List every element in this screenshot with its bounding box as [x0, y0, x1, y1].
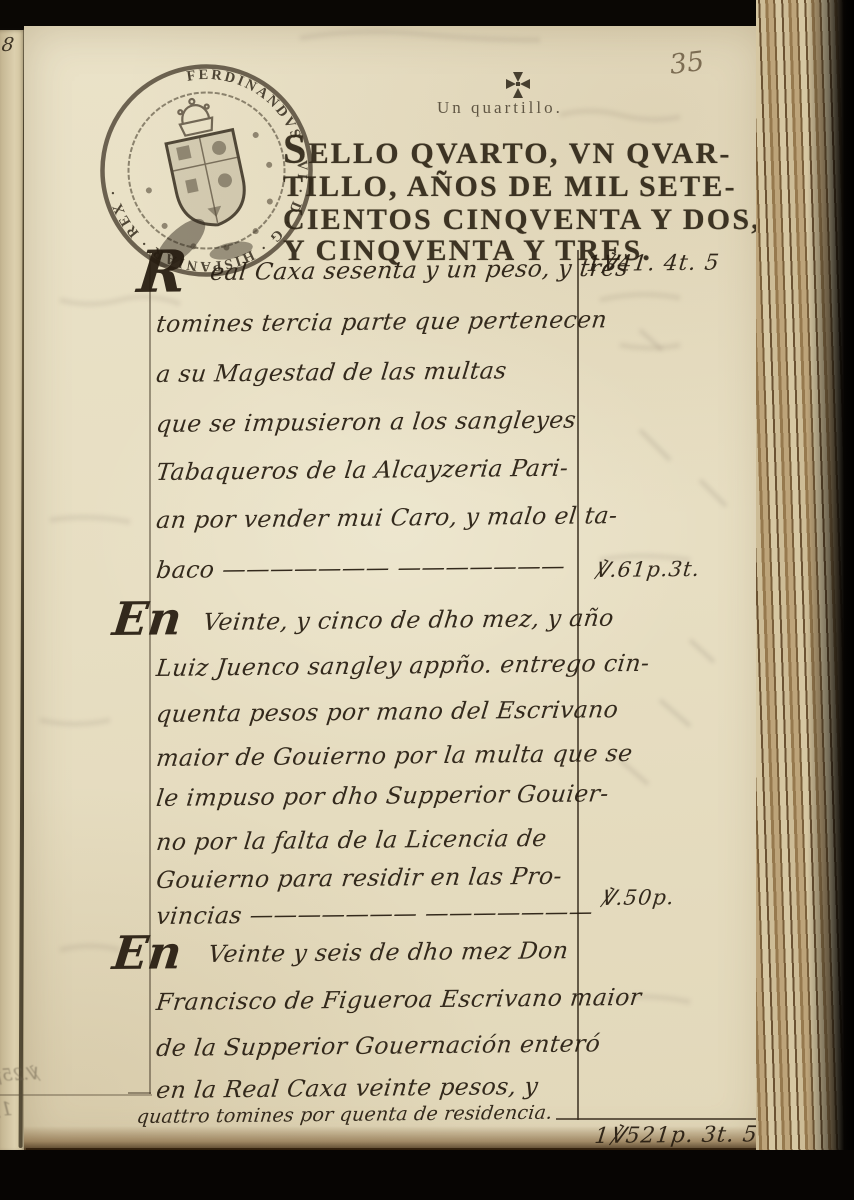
entry3-initial: En — [110, 925, 185, 980]
entry1-line: a su Magestad de las multas — [155, 356, 508, 388]
entry2-initial: En — [110, 591, 185, 646]
printed-title-line-3: CIENTOS CINQVENTA Y DOS, — [283, 203, 761, 236]
entry2-line: maior de Gouierno por la multa que se — [155, 739, 634, 772]
seal-coat-of-arms — [166, 130, 251, 232]
entry3-line: quattro tomines por quenta de residencia… — [136, 1102, 554, 1128]
manuscript-scan: FERDINANDVS · VI · D · G · HISPANIAR · R… — [0, 0, 854, 1200]
carried-amount: 1℣41. 4t. 5 — [585, 251, 721, 277]
entry1-line: tomines tercia parte que pertenecen — [155, 305, 609, 338]
entry1-initial: R — [134, 237, 190, 306]
left-edge-number: 8 — [1, 34, 16, 56]
entry1-line: Tabaqueros de la Alcayzeria Pari- — [155, 454, 570, 486]
bleedthrough-rule — [0, 1094, 152, 1096]
entry2-line: quenta pesos por mano del Escrivano — [155, 695, 620, 728]
printed-title-line-1: SELLO QVARTO, VN QVAR- — [283, 134, 732, 170]
entry3-line: Francisco de Figueroa Escrivano maior — [155, 983, 643, 1016]
entry2-line: Veinte, y cinco de dho mez, y año — [202, 604, 616, 636]
entry1-amount: ℣.61p.3t. — [593, 557, 701, 582]
entry2-line: le impuso por dho Supperior Gouier- — [155, 779, 610, 812]
entry2-line: vincias ——————— ——————— — [155, 897, 595, 930]
page-total-amount: 1℣521p. 3t. 5 — [593, 1122, 759, 1149]
entry2-line: Gouierno para residir en las Pro- — [155, 862, 564, 894]
entry1-line: baco ——————— ——————— — [155, 552, 567, 584]
sum-bracket-rule — [556, 1118, 766, 1120]
printed-title-line-2: TILLO, AÑOS DE MIL SETE- — [283, 170, 737, 203]
folio-number: 35 — [668, 46, 706, 81]
seal-crown — [175, 96, 214, 137]
bleedthrough-amount-1: ℣.25p. — [0, 1064, 41, 1087]
entry2-line: no por la falta de la Licencia de — [155, 824, 548, 856]
page-stack-edges — [756, 0, 854, 1200]
entry1-line: eal Caxa sesenta y un peso, y tres — [209, 254, 630, 286]
photo-dark-top-edge — [0, 0, 854, 28]
entry3-line: de la Supperior Gouernación enteró — [155, 1029, 602, 1062]
entry1-line: an por vender mui Caro, y malo el ta- — [155, 501, 619, 534]
entry2-amount: ℣.50p. — [599, 885, 676, 910]
maltese-cross-icon — [506, 72, 530, 98]
tax-note: Un quartillo. — [437, 98, 563, 118]
entry2-line: Luiz Juenco sangley appño. entrego cin- — [155, 649, 651, 682]
photo-dark-bottom-edge — [0, 1150, 854, 1200]
entry3-line: en la Real Caxa veinte pesos, y — [155, 1072, 540, 1104]
entry1-line: que se impusieron a los sangleyes — [155, 406, 578, 438]
entry3-line: Veinte y seis de dho mez Don — [207, 936, 570, 968]
